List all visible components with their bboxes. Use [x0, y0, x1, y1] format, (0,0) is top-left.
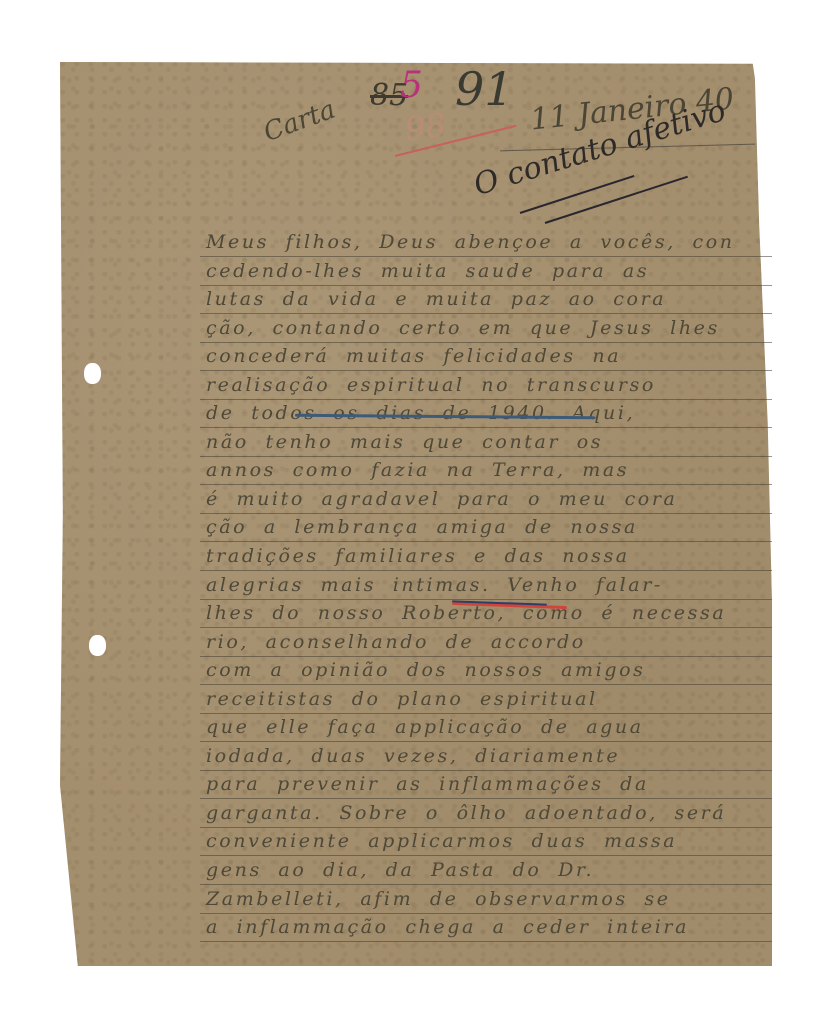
body-line: que elle faça applicação de agua: [200, 714, 772, 742]
body-line: lutas da vida e muita paz ao cora: [200, 286, 772, 314]
body-line: ção, contando certo em que Jesus lhes: [200, 315, 772, 343]
faint-red-number: 98: [403, 105, 449, 148]
body-line: é muito agradavel para o meu cora: [200, 486, 772, 514]
body-line: cedendo-lhes muita saude para as: [200, 258, 772, 286]
body-line: ção a lembrança amiga de nossa: [200, 514, 772, 542]
body-line: garganta. Sobre o ôlho adoentado, será: [200, 800, 772, 828]
body-line: com a opinião dos nossos amigos: [200, 657, 772, 685]
body-line: de todos os dias de 1940. Aqui,: [200, 400, 772, 428]
body-line: não tenho mais que contar os: [200, 429, 772, 457]
body-line: gens ao dia, da Pasta do Dr.: [200, 857, 772, 885]
body-line: para prevenir as inflammações da: [200, 771, 772, 799]
punch-hole-bottom: [89, 635, 106, 656]
body-line: Zambelleti, afim de observarmos se: [200, 886, 772, 914]
punch-hole-top: [84, 363, 101, 384]
body-line: conveniente applicarmos duas massa: [200, 828, 772, 856]
body-line: rio, aconselhando de accordo: [200, 629, 772, 657]
body-line: iodada, duas vezes, diariamente: [200, 743, 772, 771]
body-line: alegrias mais intimas. Venho falar-: [200, 572, 772, 600]
body-line: annos como fazia na Terra, mas: [200, 457, 772, 485]
body-line: realisação espiritual no transcurso: [200, 372, 772, 400]
body-line: Meus filhos, Deus abençoe a vocês, con: [200, 229, 772, 257]
letter-body: Meus filhos, Deus abençoe a vocês, con c…: [200, 229, 772, 943]
body-line: receitistas do plano espiritual: [200, 686, 772, 714]
body-line: a inflammação chega a ceder inteira: [200, 914, 772, 942]
magenta-number: 5: [400, 65, 423, 106]
body-line: tradições familiares e das nossa: [200, 543, 772, 571]
body-line: concederá muitas felicidades na: [200, 343, 772, 371]
letter-number: 91: [455, 62, 514, 116]
